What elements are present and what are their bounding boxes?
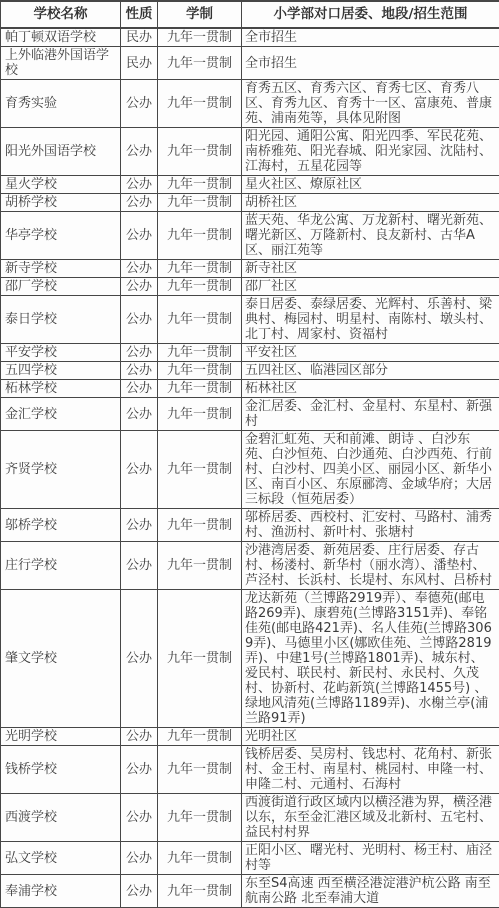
school-name-cell: 华亭学校 (1, 212, 121, 260)
school-admission-table: 学校名称 性质 学制 小学部对口居委、地段/招生范围 帕丁顿双语学校民办九年一贯… (0, 0, 499, 908)
admission-area-cell: 育秀五区、育秀六区、育秀七区、育秀八区、育秀九区、育秀十一区、富康苑、普康苑、浦… (242, 80, 499, 128)
nature-cell: 公办 (121, 509, 158, 542)
header-nature: 性质 (121, 1, 158, 28)
school-system-cell: 九年一贯制 (158, 746, 242, 794)
school-name-cell: 帕丁顿双语学校 (1, 28, 121, 47)
school-system-cell: 九年一贯制 (158, 260, 242, 278)
admission-area-cell: 金碧汇虹苑、天和前滩、朗诗 、白沙东苑、白沙恒苑、白沙通苑、白沙西苑、行前村、白… (242, 431, 499, 509)
school-system-cell: 九年一贯制 (158, 380, 242, 398)
nature-cell: 公办 (121, 176, 158, 194)
nature-cell: 民办 (121, 28, 158, 47)
school-system-cell: 九年一贯制 (158, 278, 242, 296)
header-system: 学制 (158, 1, 242, 28)
school-system-cell: 九年一贯制 (158, 28, 242, 47)
table-row: 金汇学校公办九年一贯制金汇居委、金汇村、金星村、东星村、新强村 (1, 398, 499, 431)
nature-cell: 公办 (121, 278, 158, 296)
nature-cell: 公办 (121, 728, 158, 746)
school-name-cell: 新寺学校 (1, 260, 121, 278)
school-name-cell: 五四学校 (1, 362, 121, 380)
table-row: 光明学校公办九年一贯制光明社区 (1, 728, 499, 746)
table-row: 育秀实验公办九年一贯制育秀五区、育秀六区、育秀七区、育秀八区、育秀九区、育秀十一… (1, 80, 499, 128)
school-name-cell: 邬桥学校 (1, 509, 121, 542)
school-system-cell: 九年一贯制 (158, 431, 242, 509)
nature-cell: 公办 (121, 542, 158, 590)
header-admission-area: 小学部对口居委、地段/招生范围 (242, 1, 499, 28)
admission-area-cell: 星火社区、燎原社区 (242, 176, 499, 194)
admission-area-cell: 钱桥居委、吴房村、钱忠村、花角村、新张村、金王村、南星村、桃园村、申隆一村、申隆… (242, 746, 499, 794)
table-row: 邬桥学校公办九年一贯制邬桥居委、西校村、汇安村、马路村、浦秀村、渔沥村、新叶村、… (1, 509, 499, 542)
school-name-cell: 上外临港外国语学校 (1, 47, 121, 80)
admission-area-cell: 全市招生 (242, 47, 499, 80)
admission-area-cell: 阳光园、通阳公寓、阳光四季、军民花苑、南桥雅苑、阳光春城、阳光家园、沈陆村、江海… (242, 128, 499, 176)
admission-area-cell: 邬桥居委、西校村、汇安村、马路村、浦秀村、渔沥村、新叶村、张塘村 (242, 509, 499, 542)
school-system-cell: 九年一贯制 (158, 212, 242, 260)
school-system-cell: 九年一贯制 (158, 590, 242, 728)
nature-cell: 公办 (121, 362, 158, 380)
nature-cell: 公办 (121, 590, 158, 728)
school-name-cell: 泰日学校 (1, 296, 121, 344)
school-system-cell: 九年一贯制 (158, 875, 242, 908)
admission-area-cell: 光明社区 (242, 728, 499, 746)
school-system-cell: 九年一贯制 (158, 47, 242, 80)
nature-cell: 公办 (121, 194, 158, 212)
school-system-cell: 九年一贯制 (158, 296, 242, 344)
admission-area-cell: 平安社区 (242, 344, 499, 362)
nature-cell: 公办 (121, 431, 158, 509)
header-school-name: 学校名称 (1, 1, 121, 28)
admission-area-cell: 正阳小区、曙光村、光明村、杨王村、庙泾村等 (242, 842, 499, 875)
admission-area-cell: 东至S4高速 西至横泾港淀港沪杭公路 南至航南公路 北至奉浦大道 (242, 875, 499, 908)
school-name-cell: 平安学校 (1, 344, 121, 362)
school-name-cell: 西渡学校 (1, 794, 121, 842)
table-row: 邵厂学校公办九年一贯制邵厂社区 (1, 278, 499, 296)
admission-area-cell: 新寺社区 (242, 260, 499, 278)
table-row: 帕丁顿双语学校民办九年一贯制全市招生 (1, 28, 499, 47)
table-row: 阳光外国语学校公办九年一贯制阳光园、通阳公寓、阳光四季、军民花苑、南桥雅苑、阳光… (1, 128, 499, 176)
table-row: 肇文学校公办九年一贯制龙达新苑（兰博路2919弄）、奉德苑(邮电路269弄)、康… (1, 590, 499, 728)
school-system-cell: 九年一贯制 (158, 80, 242, 128)
table-row: 胡桥学校公办九年一贯制胡桥社区 (1, 194, 499, 212)
nature-cell: 公办 (121, 746, 158, 794)
school-name-cell: 奉浦学校 (1, 875, 121, 908)
school-name-cell: 齐贤学校 (1, 431, 121, 509)
admission-area-cell: 五四社区、临港园区部分 (242, 362, 499, 380)
nature-cell: 公办 (121, 80, 158, 128)
table-row: 奉浦学校公办九年一贯制东至S4高速 西至横泾港淀港沪杭公路 南至航南公路 北至奉… (1, 875, 499, 908)
table-row: 泰日学校公办九年一贯制泰日居委、泰绿居委、光辉村、乐善村、梁典村、梅园村、明星村… (1, 296, 499, 344)
nature-cell: 公办 (121, 875, 158, 908)
nature-cell: 公办 (121, 380, 158, 398)
nature-cell: 公办 (121, 842, 158, 875)
table-row: 平安学校公办九年一贯制平安社区 (1, 344, 499, 362)
admission-area-cell: 泰日居委、泰绿居委、光辉村、乐善村、梁典村、梅园村、明星村、南陈村、墩头村、北丁… (242, 296, 499, 344)
nature-cell: 公办 (121, 212, 158, 260)
school-name-cell: 邵厂学校 (1, 278, 121, 296)
school-name-cell: 庄行学校 (1, 542, 121, 590)
nature-cell: 公办 (121, 260, 158, 278)
school-name-cell: 星火学校 (1, 176, 121, 194)
table-row: 星火学校公办九年一贯制星火社区、燎原社区 (1, 176, 499, 194)
school-system-cell: 九年一贯制 (158, 176, 242, 194)
admission-area-cell: 龙达新苑（兰博路2919弄）、奉德苑(邮电路269弄)、康碧苑(兰博路3151弄… (242, 590, 499, 728)
table-row: 五四学校公办九年一贯制五四社区、临港园区部分 (1, 362, 499, 380)
nature-cell: 公办 (121, 344, 158, 362)
school-system-cell: 九年一贯制 (158, 398, 242, 431)
table-row: 齐贤学校公办九年一贯制金碧汇虹苑、天和前滩、朗诗 、白沙东苑、白沙恒苑、白沙通苑… (1, 431, 499, 509)
school-name-cell: 胡桥学校 (1, 194, 121, 212)
admission-area-cell: 全市招生 (242, 28, 499, 47)
school-name-cell: 弘文学校 (1, 842, 121, 875)
school-name-cell: 肇文学校 (1, 590, 121, 728)
table-body: 帕丁顿双语学校民办九年一贯制全市招生上外临港外国语学校民办九年一贯制全市招生育秀… (1, 28, 499, 908)
admission-area-cell: 蓝天苑、华龙公寓、万龙新村、曙光新苑、曙光新区、万隆新村、良友新村、古华A区、丽… (242, 212, 499, 260)
school-system-cell: 九年一贯制 (158, 728, 242, 746)
nature-cell: 公办 (121, 128, 158, 176)
admission-area-cell: 胡桥社区 (242, 194, 499, 212)
school-system-cell: 九年一贯制 (158, 794, 242, 842)
table-row: 庄行学校公办九年一贯制沙港湾居委、新苑居委、庄行居委、存古村、杨溇村、新华村（丽… (1, 542, 499, 590)
nature-cell: 公办 (121, 398, 158, 431)
table-row: 新寺学校公办九年一贯制新寺社区 (1, 260, 499, 278)
admission-area-cell: 沙港湾居委、新苑居委、庄行居委、存古村、杨溇村、新华村（丽水湾）、潘垫村、芦泾村… (242, 542, 499, 590)
school-system-cell: 九年一贯制 (158, 194, 242, 212)
school-system-cell: 九年一贯制 (158, 542, 242, 590)
table-row: 柘林学校公办九年一贯制柘林社区 (1, 380, 499, 398)
admission-area-cell: 金汇居委、金汇村、金星村、东星村、新强村 (242, 398, 499, 431)
table-row: 华亭学校公办九年一贯制蓝天苑、华龙公寓、万龙新村、曙光新苑、曙光新区、万隆新村、… (1, 212, 499, 260)
school-name-cell: 阳光外国语学校 (1, 128, 121, 176)
school-name-cell: 柘林学校 (1, 380, 121, 398)
school-name-cell: 育秀实验 (1, 80, 121, 128)
table-row: 上外临港外国语学校民办九年一贯制全市招生 (1, 47, 499, 80)
school-system-cell: 九年一贯制 (158, 344, 242, 362)
table-row: 弘文学校公办九年一贯制正阳小区、曙光村、光明村、杨王村、庙泾村等 (1, 842, 499, 875)
school-name-cell: 光明学校 (1, 728, 121, 746)
admission-area-cell: 邵厂社区 (242, 278, 499, 296)
school-name-cell: 钱桥学校 (1, 746, 121, 794)
admission-area-cell: 西渡街道行政区域内以横泾港为界，横泾港以东，东至金汇港区域及北新村、五宅村、益民… (242, 794, 499, 842)
nature-cell: 公办 (121, 296, 158, 344)
table-row: 西渡学校公办九年一贯制西渡街道行政区域内以横泾港为界，横泾港以东，东至金汇港区域… (1, 794, 499, 842)
school-system-cell: 九年一贯制 (158, 362, 242, 380)
school-system-cell: 九年一贯制 (158, 842, 242, 875)
school-name-cell: 金汇学校 (1, 398, 121, 431)
table-row: 钱桥学校公办九年一贯制钱桥居委、吴房村、钱忠村、花角村、新张村、金王村、南星村、… (1, 746, 499, 794)
school-system-cell: 九年一贯制 (158, 128, 242, 176)
table-header-row: 学校名称 性质 学制 小学部对口居委、地段/招生范围 (1, 1, 499, 28)
nature-cell: 公办 (121, 794, 158, 842)
school-system-cell: 九年一贯制 (158, 509, 242, 542)
nature-cell: 民办 (121, 47, 158, 80)
admission-area-cell: 柘林社区 (242, 380, 499, 398)
